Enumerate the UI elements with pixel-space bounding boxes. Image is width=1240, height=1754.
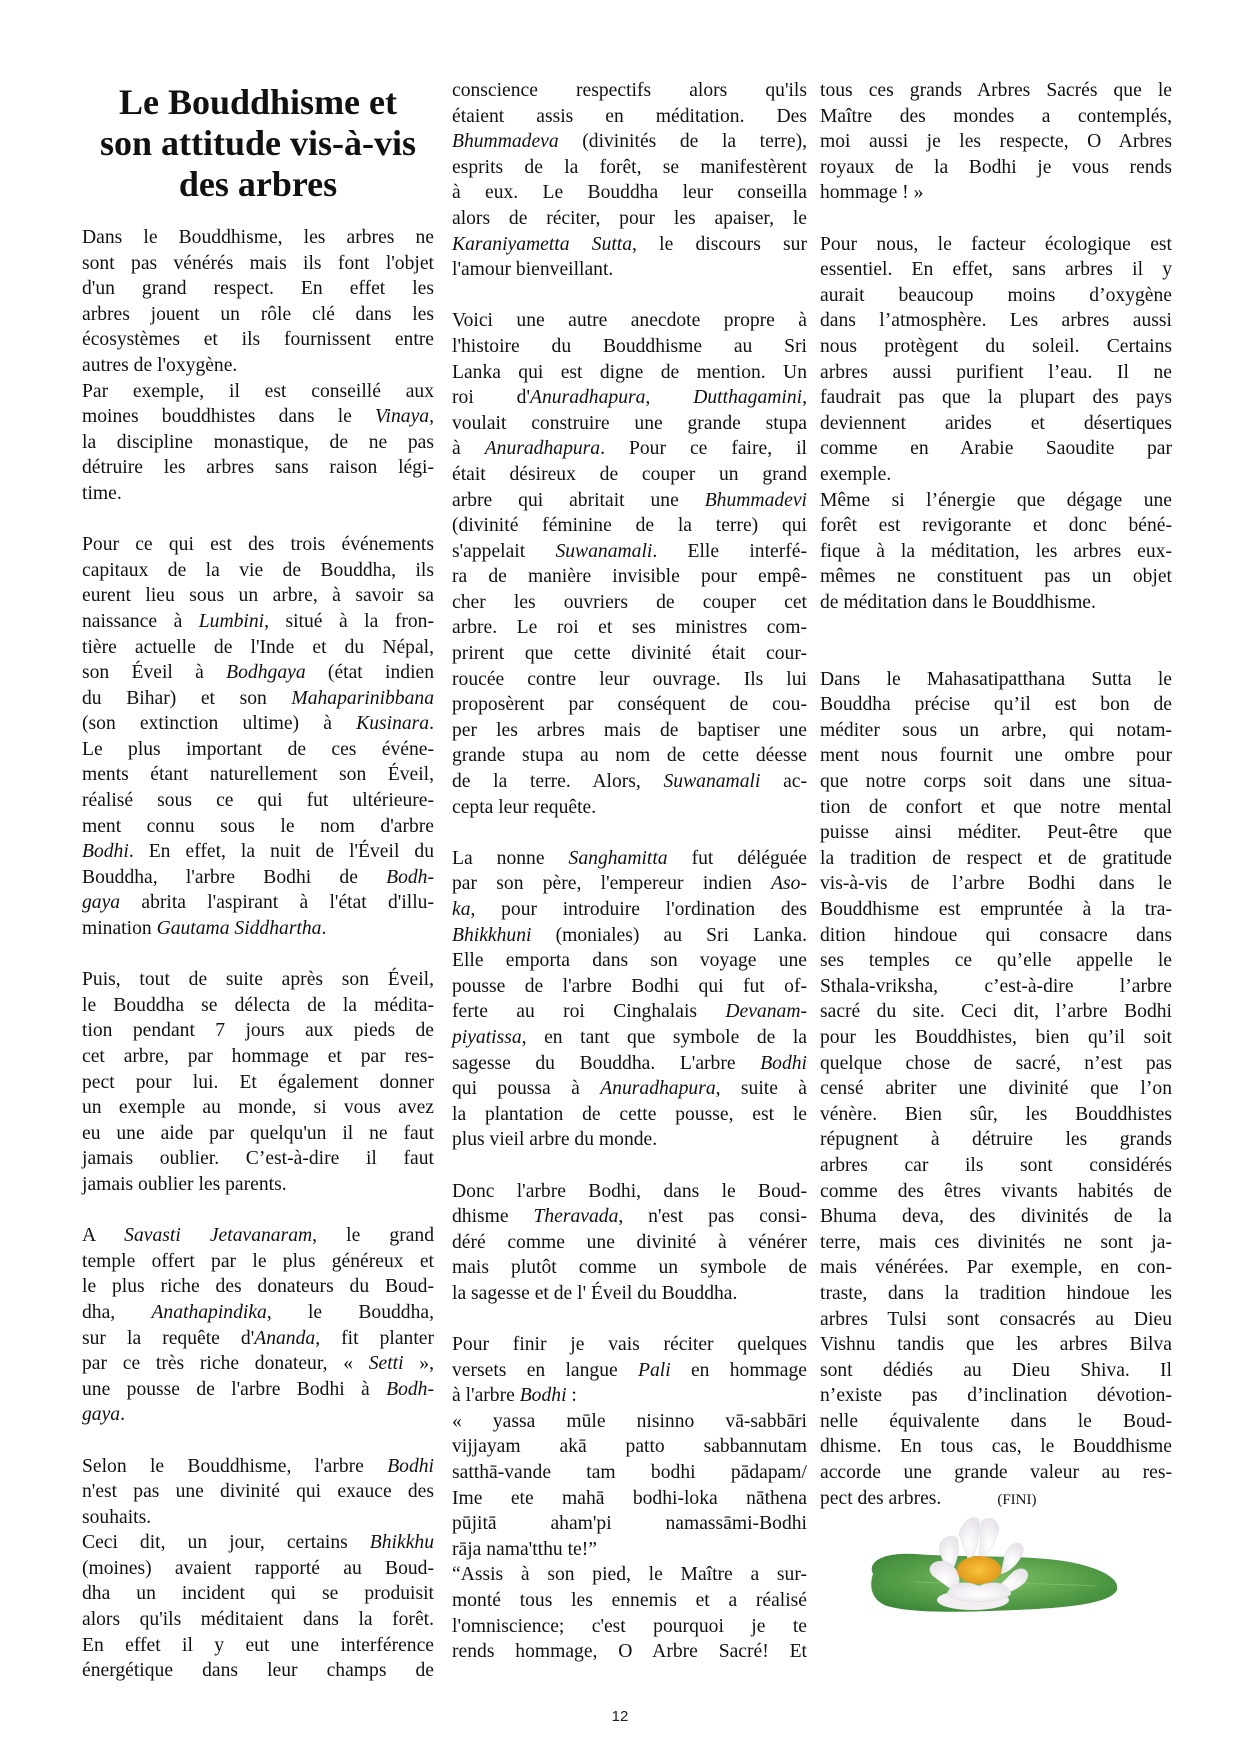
- paragraph: Pour nous, le facteur écologique estesse…: [820, 232, 1172, 488]
- text-run: par son père, l'empereur indien: [452, 873, 771, 894]
- text-line: d'un grand respect. En effet les: [82, 276, 434, 302]
- text-line: exemple.: [820, 462, 1172, 488]
- text-run: , suite à: [716, 1078, 807, 1099]
- text-line: arbres Tulsi sont consacrés au Dieu: [820, 1307, 1172, 1333]
- text-line: Pour finir je vais réciter quelques: [452, 1332, 807, 1358]
- text-line: pousse de l'arbre Bodhi qui fut of-: [452, 974, 807, 1000]
- text-line: moines bouddhistes dans le Vinaya,: [82, 404, 434, 430]
- text-run: terre, mais ces divinités ne sont ja-: [820, 1232, 1172, 1253]
- text-run: Dans le Mahasatipatthana Sutta le: [820, 669, 1172, 690]
- text-run: cet arbre, par hommage et par res-: [82, 1046, 434, 1067]
- text-line: réalisé sous ce qui fut ultérieure-: [82, 788, 434, 814]
- paragraph: La nonne Sanghamitta fut déléguéepar son…: [452, 846, 807, 1153]
- text-run: n'est pas une divinité qui exauce des: [82, 1481, 434, 1502]
- text-run: esprits de la forêt, se manifestèrent: [452, 157, 807, 178]
- text-line: temple offert par le plus généreux et: [82, 1249, 434, 1275]
- text-run: censé abriter une divinité que l’on: [820, 1078, 1172, 1099]
- text-run: son Éveil à: [82, 662, 226, 683]
- paragraph-gap: [820, 615, 1172, 641]
- text-line: le plus riche des donateurs du Boud-: [82, 1274, 434, 1300]
- text-line: mination Gautama Siddhartha.: [82, 916, 434, 942]
- text-line: “Assis à son pied, le Maître a sur-: [452, 1562, 807, 1588]
- text-run: En effet il y eut une interférence: [82, 1635, 434, 1656]
- text-run: cepta leur requête.: [452, 797, 596, 818]
- text-run: royaux de la Bodhi je vous rends: [820, 157, 1172, 178]
- lotus-image: [855, 1512, 1125, 1622]
- text-line: la tradition de respect et de gratitude: [820, 846, 1172, 872]
- text-line: (moines) avaient rapporté au Boud-: [82, 1556, 434, 1582]
- text-run: exemple.: [820, 464, 891, 485]
- text-line: piyatissa, en tant que symbole de la: [452, 1025, 807, 1051]
- italic-term: gaya: [82, 1404, 120, 1425]
- text-line: Le plus important de ces événe-: [82, 737, 434, 763]
- text-run: souhaits.: [82, 1507, 151, 1528]
- text-line: proposèrent par conséquent de cou-: [452, 692, 807, 718]
- italic-term: Bhikkhuni: [452, 925, 531, 946]
- text-run: ,: [429, 406, 434, 427]
- text-line: pect des arbres.(FINI): [820, 1486, 1172, 1512]
- text-run: jamais oublier. C’est-à-dire il faut: [82, 1148, 434, 1169]
- text-line: vijjayam akā patto sabbannutam: [452, 1434, 807, 1460]
- text-line: Bouddha, l'arbre Bodhi de Bodh-: [82, 865, 434, 891]
- text-line: son Éveil à Bodhgaya (état indien: [82, 660, 434, 686]
- text-run: Vishnu tandis que les arbres Bilva: [820, 1334, 1172, 1355]
- paragraph: “Assis à son pied, le Maître a sur-monté…: [452, 1562, 807, 1664]
- text-line: vis-à-vis de l’arbre Bodhi dans le: [820, 871, 1172, 897]
- paragraph-gap: [820, 206, 1172, 232]
- text-line: nous protègent du soleil. Certains: [820, 334, 1172, 360]
- text-run: naissance à: [82, 611, 199, 632]
- text-run: Puis, tout de suite après son Éveil,: [82, 969, 434, 990]
- text-run: méditer sous un arbre, qui notam-: [820, 720, 1172, 741]
- text-run: Dans le Bouddhisme, les arbres ne: [82, 227, 434, 248]
- text-line: puisse ainsi méditer. Peut-être que: [820, 820, 1172, 846]
- text-line: time.: [82, 481, 434, 507]
- italic-term: Bhummadeva: [452, 131, 559, 152]
- text-line: pect pour lui. Et également donner: [82, 1070, 434, 1096]
- text-run: la discipline monastique, de ne pas: [82, 432, 434, 453]
- text-line: tière actuelle de l'Inde et du Népal,: [82, 635, 434, 661]
- column-body: conscience respectifs alors qu'ilsétaien…: [452, 78, 807, 1665]
- text-run: la sagesse et de l' Éveil du Bouddha.: [452, 1283, 737, 1304]
- text-line: arbres aussi purifient l’eau. Il ne: [820, 360, 1172, 386]
- text-run: un exemple au monde, si vous avez: [82, 1097, 434, 1118]
- text-run: l'omniscience; c'est pourquoi je te: [452, 1616, 807, 1637]
- text-line: du Bihar) et son Mahaparinibbana: [82, 686, 434, 712]
- paragraph-gap: [452, 820, 807, 846]
- text-line: Karaniyametta Sutta, le discours sur: [452, 232, 807, 258]
- paragraph: Dans le Mahasatipatthana Sutta leBouddha…: [820, 667, 1172, 1512]
- text-line: terre, mais ces divinités ne sont ja-: [820, 1230, 1172, 1256]
- text-line: pour les Bouddhistes, bien qu’il soit: [820, 1025, 1172, 1051]
- text-run: le plus riche des donateurs du Boud-: [82, 1276, 434, 1297]
- text-run: quelque chose de sacré, n’est pas: [820, 1053, 1172, 1074]
- text-line: de la terre. Alors, Suwanamali ac-: [452, 769, 807, 795]
- text-line: par ce très riche donateur, « Setti »,: [82, 1351, 434, 1377]
- text-run: versets en langue: [452, 1360, 638, 1381]
- text-line: Bouddha précise qu’il est bon de: [820, 692, 1172, 718]
- text-run: Par exemple, il est conseillé aux: [82, 381, 434, 402]
- text-run: Bouddhisme est empruntée à la tra-: [820, 899, 1172, 920]
- text-run: aurait beaucoup moins d’oxygène: [820, 285, 1172, 306]
- italic-term: Aso-: [771, 873, 807, 894]
- paragraph-gap: [82, 1428, 434, 1454]
- text-run: , n'est pas consi-: [618, 1206, 807, 1227]
- text-run: ac-: [760, 771, 807, 792]
- text-line: nelle équivalente dans le Boud-: [820, 1409, 1172, 1435]
- italic-term: Vinaya: [375, 406, 429, 427]
- text-run: pour les Bouddhistes, bien qu’il soit: [820, 1027, 1172, 1048]
- italic-term: Anuradhapura: [485, 438, 600, 459]
- article-title: Le Bouddhisme et son attitude vis-à-vis …: [82, 82, 434, 205]
- italic-term: Ananda: [254, 1328, 315, 1349]
- text-run: Selon le Bouddhisme, l'arbre: [82, 1456, 387, 1477]
- text-run: mination: [82, 918, 157, 939]
- text-run: étaient assis en méditation. Des: [452, 106, 807, 127]
- text-run: ment nous fournit une ombre pour: [820, 745, 1172, 766]
- paragraph: Selon le Bouddhisme, l'arbre Bodhin'est …: [82, 1454, 434, 1531]
- paragraph: Même si l’énergie que dégage uneforêt es…: [820, 488, 1172, 616]
- text-run: , fit planter: [315, 1328, 434, 1349]
- text-line: ra de manière invisible pour empê-: [452, 564, 807, 590]
- text-line: Même si l’énergie que dégage une: [820, 488, 1172, 514]
- text-line: à eux. Le Bouddha leur conseilla: [452, 180, 807, 206]
- text-line: per les arbres mais de baptiser une: [452, 718, 807, 744]
- text-run: vis-à-vis de l’arbre Bodhi dans le: [820, 873, 1172, 894]
- text-line: voulait construire une grande stupa: [452, 411, 807, 437]
- text-run: conscience respectifs alors qu'ils: [452, 80, 807, 101]
- text-line: à l'arbre Bodhi :: [452, 1383, 807, 1409]
- text-line: traste, dans la tradition hindoue les: [820, 1281, 1172, 1307]
- text-line: sacré du site. Ceci dit, l’arbre Bodhi: [820, 999, 1172, 1025]
- text-run: la plantation de cette pousse, est le: [452, 1104, 807, 1125]
- text-line: Dans le Mahasatipatthana Sutta le: [820, 667, 1172, 693]
- text-run: alors de réciter, pour les apaiser, le: [452, 208, 807, 229]
- text-run: essentiel. En effet, sans arbres il y: [820, 259, 1172, 280]
- text-run: Lanka qui est digne de mention. Un: [452, 362, 807, 383]
- text-line: conscience respectifs alors qu'ils: [452, 78, 807, 104]
- text-line: était désireux de couper un grand: [452, 462, 807, 488]
- text-run: arbre. Le roi et ses ministres com-: [452, 617, 807, 638]
- text-line: ment connu sous le nom d'arbre: [82, 814, 434, 840]
- text-line: Maître des mondes a contemplés,: [820, 104, 1172, 130]
- italic-term: Gautama Siddhartha: [157, 918, 322, 939]
- text-run: ses temples ce qu’elle appelle le: [820, 950, 1172, 971]
- text-run: tion de confort et que notre mental: [820, 797, 1172, 818]
- text-run: tion pendant 7 jours aux pieds de: [82, 1020, 434, 1041]
- text-run: La nonne: [452, 848, 569, 869]
- italic-term: Setti: [369, 1353, 404, 1374]
- column-body: Dans le Bouddhisme, les arbres nesont pa…: [82, 225, 434, 1684]
- text-run: rāja nama'tthu te!”: [452, 1539, 597, 1560]
- text-run: :: [567, 1385, 577, 1406]
- text-run: (divinités de la terre),: [559, 131, 807, 152]
- text-line: ments étant naturellement son Éveil,: [82, 762, 434, 788]
- italic-term: Bodhi: [82, 841, 129, 862]
- text-run: Donc l'arbre Bodhi, dans le Boud-: [452, 1181, 807, 1202]
- text-line: écosystèmes et ils fournissent entre: [82, 327, 434, 353]
- text-line: autres de l'oxygène.: [82, 353, 434, 379]
- text-line: la plantation de cette pousse, est le: [452, 1102, 807, 1128]
- text-run: .: [429, 713, 434, 734]
- text-run: ,: [802, 387, 807, 408]
- text-line: pūjitā aham'pi namassāmi-Bodhi: [452, 1511, 807, 1537]
- text-line: tion pendant 7 jours aux pieds de: [82, 1018, 434, 1044]
- italic-term: Anuradhapura: [600, 1078, 715, 1099]
- text-run: Voici une autre anecdote propre à: [452, 310, 807, 331]
- text-run: monté tous les ennemis et a réalisé: [452, 1590, 807, 1611]
- text-run: plus vieil arbre du monde.: [452, 1129, 657, 1150]
- text-line: (son extinction ultime) à Kusinara.: [82, 711, 434, 737]
- text-run: ra de manière invisible pour empê-: [452, 566, 807, 587]
- text-line: La nonne Sanghamitta fut déléguée: [452, 846, 807, 872]
- text-run: était désireux de couper un grand: [452, 464, 807, 485]
- text-line: dition hindoue qui consacre dans: [820, 923, 1172, 949]
- italic-term: Karaniyametta Sutta: [452, 234, 632, 255]
- text-line: Bhummadeva (divinités de la terre),: [452, 129, 807, 155]
- text-line: ment nous fournit une ombre pour: [820, 743, 1172, 769]
- text-run: mais plutôt comme un symbole de: [452, 1257, 807, 1278]
- text-run: , le discours sur: [632, 234, 807, 255]
- text-run: « yassa mūle nisinno vā-sabbāri: [452, 1411, 807, 1432]
- text-run: qui poussa à: [452, 1078, 600, 1099]
- text-run: cher les ouvriers de couper cet: [452, 592, 807, 613]
- text-line: arbres jouent un rôle clé dans les: [82, 302, 434, 328]
- text-line: deviennent arides et désertiques: [820, 411, 1172, 437]
- italic-term: gaya: [82, 892, 120, 913]
- text-run: (son extinction ultime) à: [82, 713, 356, 734]
- text-line: qui poussa à Anuradhapura, suite à: [452, 1076, 807, 1102]
- paragraph: Voici une autre anecdote propre àl'histo…: [452, 308, 807, 820]
- text-line: dhisme. En tous cas, le Bouddhisme: [820, 1434, 1172, 1460]
- italic-term: Sanghamitta: [569, 848, 668, 869]
- text-line: déré comme une divinité à vénérer: [452, 1230, 807, 1256]
- text-line: le Bouddha se délecta de la médita-: [82, 993, 434, 1019]
- text-run: n’existe pas d’inclination dévotion-: [820, 1385, 1172, 1406]
- text-line: (divinité féminine de la terre) qui: [452, 513, 807, 539]
- italic-term: Kusinara: [356, 713, 429, 734]
- text-run: Bouddha précise qu’il est bon de: [820, 694, 1172, 715]
- text-line: énergétique dans leur champs de: [82, 1658, 434, 1684]
- text-run: prirent que cette divinité était cour-: [452, 643, 807, 664]
- paragraph: Pour finir je vais réciter quelquesverse…: [452, 1332, 807, 1409]
- text-run: (moines) avaient rapporté au Boud-: [82, 1558, 434, 1579]
- text-line: comme en Arabie Saoudite par: [820, 436, 1172, 462]
- text-line: dhisme Theravada, n'est pas consi-: [452, 1204, 807, 1230]
- text-run: la tradition de respect et de gratitude: [820, 848, 1172, 869]
- text-line: Pour ce qui est des trois événements: [82, 532, 434, 558]
- text-run: vijjayam akā patto sabbannutam: [452, 1436, 807, 1457]
- text-line: mais plutôt comme un symbole de: [452, 1255, 807, 1281]
- text-line: Bhikkhuni (moniales) au Sri Lanka.: [452, 923, 807, 949]
- text-run: ferte au roi Cinghalais: [452, 1001, 725, 1022]
- text-line: Selon le Bouddhisme, l'arbre Bodhi: [82, 1454, 434, 1480]
- italic-term: Lumbini: [199, 611, 264, 632]
- text-line: dans l’atmosphère. Les arbres aussi: [820, 308, 1172, 334]
- text-line: prirent que cette divinité était cour-: [452, 641, 807, 667]
- text-line: monté tous les ennemis et a réalisé: [452, 1588, 807, 1614]
- text-line: Lanka qui est digne de mention. Un: [452, 360, 807, 386]
- text-run: Pour nous, le facteur écologique est: [820, 234, 1172, 255]
- text-run: moi aussi je les respecte, O Arbres: [820, 131, 1172, 152]
- text-line: l'histoire du Bouddhisme au Sri: [452, 334, 807, 360]
- text-line: tion de confort et que notre mental: [820, 795, 1172, 821]
- text-run: l'amour bienveillant.: [452, 259, 613, 280]
- text-run: dition hindoue qui consacre dans: [820, 925, 1172, 946]
- text-run: que notre corps soit dans une situa-: [820, 771, 1172, 792]
- column-2: conscience respectifs alors qu'ilsétaien…: [452, 78, 807, 1665]
- text-run: (divinité féminine de la terre) qui: [452, 515, 807, 536]
- text-run: répugnent à détruire les grands: [820, 1129, 1172, 1150]
- text-run: moines bouddhistes dans le: [82, 406, 375, 427]
- text-run: , le Bouddha,: [267, 1302, 434, 1323]
- text-run: .: [321, 918, 326, 939]
- text-run: hommage ! »: [820, 182, 923, 203]
- paragraph: « yassa mūle nisinno vā-sabbārivijjayam …: [452, 1409, 807, 1563]
- text-run: vénère. Bien sûr, les Bouddhistes: [820, 1104, 1172, 1125]
- text-run: autres de l'oxygène.: [82, 355, 237, 376]
- text-run: réalisé sous ce qui fut ultérieure-: [82, 790, 434, 811]
- italic-term: Anathapindika: [151, 1302, 266, 1323]
- text-run: tière actuelle de l'Inde et du Népal,: [82, 637, 434, 658]
- text-run: satthā-vande tam bodhi pādapam/: [452, 1462, 807, 1483]
- text-run: Elle emporta dans son voyage une: [452, 950, 807, 971]
- paragraph-gap: [82, 507, 434, 533]
- text-line: royaux de la Bodhi je vous rends: [820, 155, 1172, 181]
- text-line: censé abriter une divinité que l’on: [820, 1076, 1172, 1102]
- text-run: dans l’atmosphère. Les arbres aussi: [820, 310, 1172, 331]
- text-line: « yassa mūle nisinno vā-sabbāri: [452, 1409, 807, 1435]
- paragraph: A Savasti Jetavanaram, le grandtemple of…: [82, 1223, 434, 1428]
- text-line: jamais oublier les parents.: [82, 1172, 434, 1198]
- text-run: »,: [404, 1353, 434, 1374]
- text-line: ka, pour introduire l'ordination des: [452, 897, 807, 923]
- text-line: s'appelait Suwanamali. Elle interfé-: [452, 539, 807, 565]
- paragraph: Pour ce qui est des trois événementscapi…: [82, 532, 434, 942]
- text-run: par ce très riche donateur, «: [82, 1353, 369, 1374]
- text-run: , en tant que symbole de la: [522, 1027, 807, 1048]
- text-line: Ceci dit, un jour, certains Bhikkhu: [82, 1530, 434, 1556]
- text-run: mais vénérées. Par exemple, en con-: [820, 1257, 1172, 1278]
- text-line: fique à la méditation, les arbres eux-: [820, 539, 1172, 565]
- text-run: de méditation dans le Bouddhisme.: [820, 592, 1096, 613]
- text-line: la sagesse et de l' Éveil du Bouddha.: [452, 1281, 807, 1307]
- italic-term: Savasti Jetavanaram: [124, 1225, 312, 1246]
- text-run: “Assis à son pied, le Maître a sur-: [452, 1564, 807, 1585]
- text-run: rends hommage, O Arbre Sacré! Et: [452, 1641, 807, 1662]
- text-run: Maître des mondes a contemplés,: [820, 106, 1172, 127]
- italic-term: Dutthagamini: [693, 387, 802, 408]
- column-3: tous ces grands Arbres Sacrés que leMaît…: [820, 78, 1172, 1511]
- text-run: forêt est revigorante et donc béné-: [820, 515, 1172, 536]
- text-line: roi d'Anuradhapura, Dutthagamini,: [452, 385, 807, 411]
- text-run: nous protègent du soleil. Certains: [820, 336, 1172, 357]
- paragraph: Puis, tout de suite après son Éveil,le B…: [82, 967, 434, 1197]
- text-line: la discipline monastique, de ne pas: [82, 430, 434, 456]
- text-line: Bhuma deva, des divinités de la: [820, 1204, 1172, 1230]
- text-run: deviennent arides et désertiques: [820, 413, 1172, 434]
- paragraph-gap: [82, 1198, 434, 1224]
- italic-term: Pali: [638, 1360, 671, 1381]
- text-run: . Elle interfé-: [652, 541, 807, 562]
- text-run: sont pas vénérés mais ils font l'objet: [82, 253, 434, 274]
- text-line: l'amour bienveillant.: [452, 257, 807, 283]
- text-line: arbre. Le roi et ses ministres com-: [452, 615, 807, 641]
- text-line: souhaits.: [82, 1505, 434, 1531]
- paragraph: Donc l'arbre Bodhi, dans le Boud-dhisme …: [452, 1179, 807, 1307]
- italic-term: Suwanamali: [555, 541, 652, 562]
- text-line: A Savasti Jetavanaram, le grand: [82, 1223, 434, 1249]
- text-line: Ime ete mahā bodhi-loka nāthena: [452, 1486, 807, 1512]
- text-run: temple offert par le plus généreux et: [82, 1251, 434, 1272]
- italic-term: Bodh-: [386, 1379, 434, 1400]
- text-run: time.: [82, 483, 122, 504]
- text-run: Ime ete mahā bodhi-loka nāthena: [452, 1488, 807, 1509]
- text-line: accorde une grande valeur au res-: [820, 1460, 1172, 1486]
- paragraph: Ceci dit, un jour, certains Bhikkhu(moin…: [82, 1530, 434, 1684]
- text-run: Sthala-vriksha, c’est-à-dire l’arbre: [820, 976, 1172, 997]
- italic-term: Bodhgaya: [226, 662, 305, 683]
- text-run: comme en Arabie Saoudite par: [820, 438, 1172, 459]
- text-run: roucée contre leur ouvrage. Ils lui: [452, 669, 807, 690]
- text-line: méditer sous un arbre, qui notam-: [820, 718, 1172, 744]
- text-run: , pour introduire l'ordination des: [471, 899, 808, 920]
- text-line: Puis, tout de suite après son Éveil,: [82, 967, 434, 993]
- text-run: eurent lieu sous un arbre, à savoir sa: [82, 585, 434, 606]
- text-run: comme des êtres vivants habités de: [820, 1181, 1172, 1202]
- text-line: En effet il y eut une interférence: [82, 1633, 434, 1659]
- text-line: arbres car ils sont considérés: [820, 1153, 1172, 1179]
- text-run: abrita l'aspirant à l'état d'illu-: [120, 892, 434, 913]
- text-line: mêmes ne constituent pas un objet: [820, 564, 1172, 590]
- page-number: 12: [0, 1708, 1240, 1725]
- italic-term: Bodhi: [387, 1456, 434, 1477]
- text-line: Sthala-vriksha, c’est-à-dire l’arbre: [820, 974, 1172, 1000]
- text-line: esprits de la forêt, se manifestèrent: [452, 155, 807, 181]
- text-run: Bhuma deva, des divinités de la: [820, 1206, 1172, 1227]
- text-run: Pour ce qui est des trois événements: [82, 534, 434, 555]
- text-run: sagesse du Bouddha. L'arbre: [452, 1053, 760, 1074]
- text-line: alors qu'ils méditaient dans la forêt.: [82, 1607, 434, 1633]
- paragraph-gap: [452, 1307, 807, 1333]
- italic-term: Bhummadevi: [705, 490, 807, 511]
- text-line: vénère. Bien sûr, les Bouddhistes: [820, 1102, 1172, 1128]
- text-run: pect des arbres.: [820, 1488, 941, 1509]
- text-run: A: [82, 1225, 124, 1246]
- text-run: . Pour ce faire, il: [600, 438, 807, 459]
- italic-term: Theravada: [533, 1206, 618, 1227]
- text-line: l'omniscience; c'est pourquoi je te: [452, 1614, 807, 1640]
- italic-term: piyatissa: [452, 1027, 522, 1048]
- text-run: nelle équivalente dans le Boud-: [820, 1411, 1172, 1432]
- text-run: Ceci dit, un jour, certains: [82, 1532, 370, 1553]
- text-run: arbre qui abritait une: [452, 490, 705, 511]
- text-run: ment connu sous le nom d'arbre: [82, 816, 434, 837]
- text-line: essentiel. En effet, sans arbres il y: [820, 257, 1172, 283]
- text-run: sur la requête d': [82, 1328, 254, 1349]
- text-run: une pousse de l'arbre Bodhi à: [82, 1379, 386, 1400]
- text-line: une pousse de l'arbre Bodhi à Bodh-: [82, 1377, 434, 1403]
- text-line: aurait beaucoup moins d’oxygène: [820, 283, 1172, 309]
- end-marker: (FINI): [997, 1488, 1036, 1514]
- text-line: Dans le Bouddhisme, les arbres ne: [82, 225, 434, 251]
- text-run: déré comme une divinité à vénérer: [452, 1232, 807, 1253]
- text-run: sont dédiés au Dieu Shiva. Il: [820, 1360, 1172, 1381]
- text-run: Pour finir je vais réciter quelques: [452, 1334, 807, 1355]
- text-line: alors de réciter, pour les apaiser, le: [452, 206, 807, 232]
- text-run: sacré du site. Ceci dit, l’arbre Bodhi: [820, 1001, 1172, 1022]
- text-line: n’existe pas d’inclination dévotion-: [820, 1383, 1172, 1409]
